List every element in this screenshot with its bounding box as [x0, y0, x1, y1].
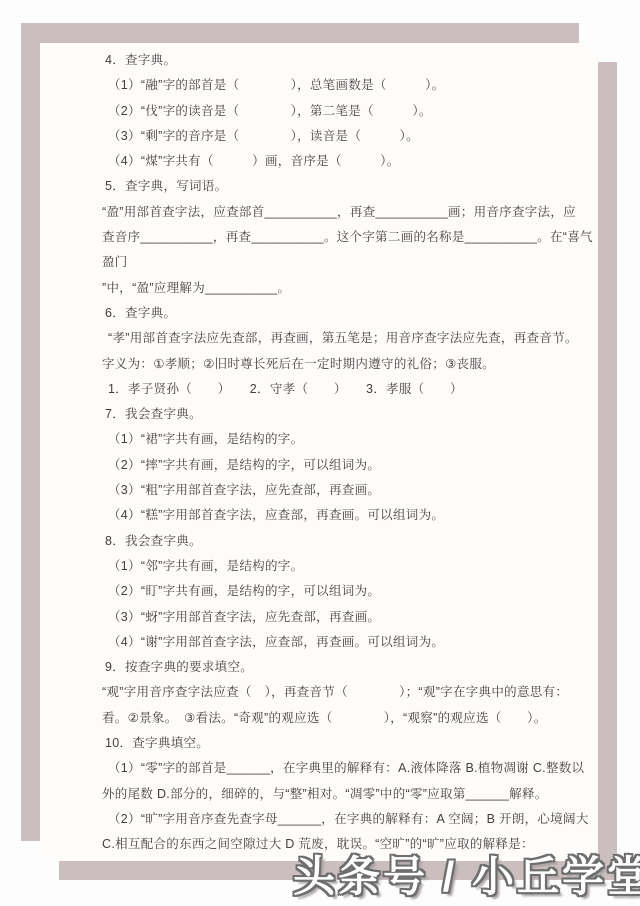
text-line: 8．我会查字典。 — [105, 529, 598, 554]
text-line: （4）“谢”字用部首查字法，应查部，再查画。可以组词为。 — [108, 630, 598, 655]
text-line: “观”字用音序查字法应查（ ），再查音节（ ）；“观”字在字典中的意思有： — [102, 680, 598, 705]
text-line: 6．查字典。 — [105, 301, 598, 326]
watermark: 头条号 / 小丘学堂 — [293, 844, 640, 904]
text-line: 10．查字典填空。 — [105, 731, 598, 756]
text-line: 盈门 — [102, 250, 598, 275]
text-line: （1）“融”字的部首是（ ），总笔画数是（ ）。 — [108, 73, 598, 98]
text-line: 1．孝子贤孙（ ） 2．守孝（ ） 3．孝服（ ） — [108, 377, 598, 402]
text-line: 字义为：①孝顺；②旧时尊长死后在一定时期内遵守的礼俗；③丧服。 — [102, 352, 598, 377]
text-line: （3）“粗”字用部首查字法，应先查部，再查画。 — [108, 478, 598, 503]
text-line: （3）“剩”字的音序是（ ），读音是（ ）。 — [108, 124, 598, 149]
text-line: （1）“零”字的部首是______，在字典里的解释有：A.液体降落 B.植物凋谢… — [108, 756, 598, 781]
text-line: ”中，“盈”应理解为__________。 — [102, 276, 598, 301]
text-line: 看。②景象。 ③看法。“奇观”的观应选（ ），“观察”的观应选（ ）。 — [102, 706, 598, 731]
text-line: “盈”用部首查字法，应查部首__________，再查__________画；用… — [102, 200, 598, 225]
text-line: （1）“裙”字共有画，是结构的字。 — [108, 427, 598, 452]
text-line: 7．我会查字典。 — [105, 402, 598, 427]
text-line: （2）“摔”字共有画，是结构的字，可以组词为。 — [108, 453, 598, 478]
text-line: 4．查字典。 — [105, 48, 598, 73]
text-line: （2）“盯”字共有画，是结构的字，可以组词为。 — [108, 579, 598, 604]
text-line: （4）“糕”字用部首查字法，应查部，再查画。可以组词为。 — [108, 503, 598, 528]
text-line: 5．查字典，写词语。 — [105, 174, 598, 199]
text-line: 外的尾数 D.部分的，细碎的，与“整”相对。“凋零”中的“零”应取第______… — [102, 782, 598, 807]
text-line: “孝”用部首查字法应先查部，再查画，第五笔是；用音序查字法应先查，再查音节。 — [108, 326, 598, 351]
text-line: （4）“煤”字共有（ ）画，音序是（ ）。 — [108, 149, 598, 174]
text-line: 9．按查字典的要求填空。 — [105, 655, 598, 680]
text-line: （3）“蚜”字用部首查字法，应先查部，再查画。 — [108, 605, 598, 630]
text-line: 查音序__________，再查__________。这个字第二画的名称是___… — [102, 225, 598, 250]
document-canvas: 4．查字典。（1）“融”字的部首是（ ），总笔画数是（ ）。（2）“伐”字的读音… — [0, 0, 640, 906]
text-line: （2）“旷”字用音序查先查字母______，在字典的解释有：A 空阔；B 开朗，… — [108, 807, 598, 832]
worksheet-page: 4．查字典。（1）“融”字的部首是（ ），总笔画数是（ ）。（2）“伐”字的读音… — [40, 43, 598, 861]
text-line: （2）“伐”字的读音是（ ），第二笔是（ ）。 — [108, 99, 598, 124]
text-line: （1）“邻”字共有画，是结构的字。 — [108, 554, 598, 579]
